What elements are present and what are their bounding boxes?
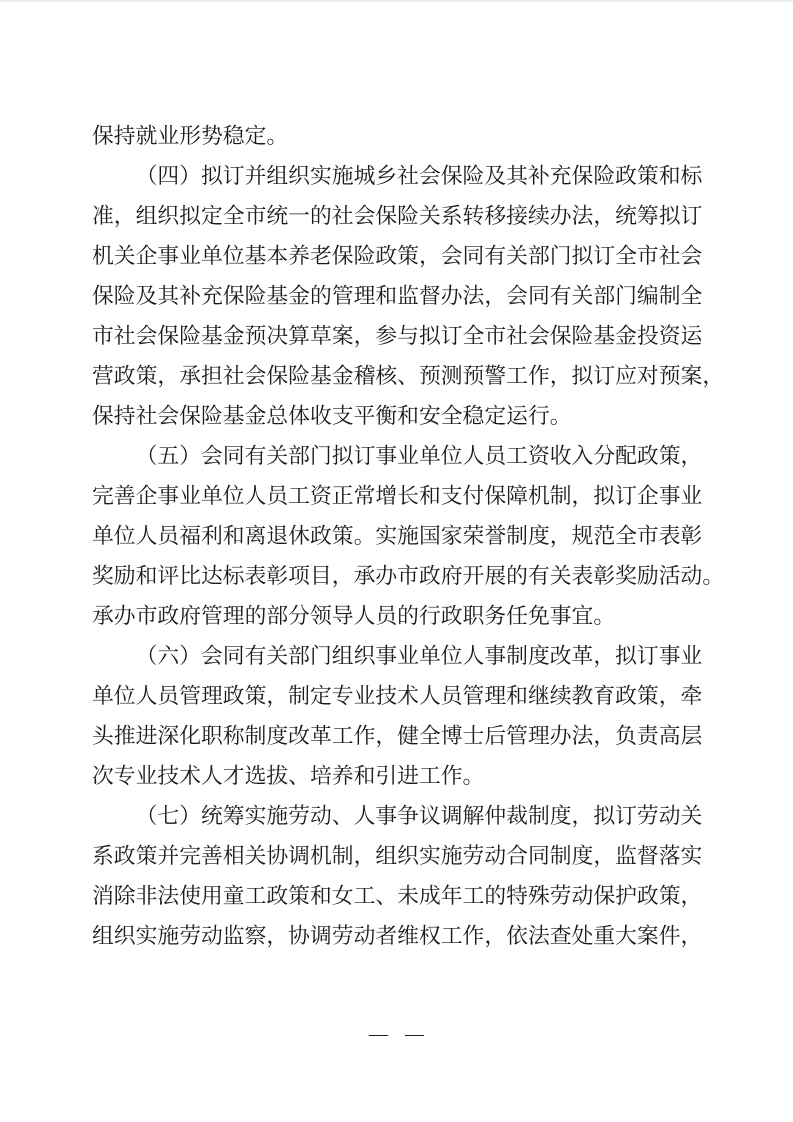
text-line: （四）拟订并组织实施城乡社会保险及其补充保险政策和标 xyxy=(92,156,708,196)
text-line: 系政策并完善相关协调机制，组织实施劳动合同制度，监督落实 xyxy=(92,836,708,876)
text-line: （六）会同有关部门组织事业单位人事制度改革，拟订事业 xyxy=(92,636,708,676)
paragraph: （五）会同有关部门拟订事业单位人员工资收入分配政策，完善企事业单位人员工资正常增… xyxy=(92,436,708,636)
text-line: 奖励和评比达标表彰项目，承办市政府开展的有关表彰奖励活动。 xyxy=(92,556,708,596)
text-line: 保险及其补充保险基金的管理和监督办法，会同有关部门编制全 xyxy=(92,276,708,316)
text-line: （七）统筹实施劳动、人事争议调解仲裁制度，拟订劳动关 xyxy=(92,796,708,836)
page-footer: — — xyxy=(0,1024,793,1046)
text-line: 准，组织拟定全市统一的社会保险关系转移接续办法，统筹拟订 xyxy=(92,196,708,236)
footer-dash-left: — xyxy=(369,1024,388,1046)
paragraph: （四）拟订并组织实施城乡社会保险及其补充保险政策和标准，组织拟定全市统一的社会保… xyxy=(92,156,708,436)
paragraph: （七）统筹实施劳动、人事争议调解仲裁制度，拟订劳动关系政策并完善相关协调机制，组… xyxy=(92,796,708,956)
footer-dash-right: — xyxy=(405,1024,424,1046)
text-line: 单位人员福利和离退休政策。实施国家荣誉制度，规范全市表彰 xyxy=(92,516,708,556)
text-line: 机关企事业单位基本养老保险政策，会同有关部门拟订全市社会 xyxy=(92,236,708,276)
paragraph: （六）会同有关部门组织事业单位人事制度改革，拟订事业单位人员管理政策，制定专业技… xyxy=(92,636,708,796)
scan-edge-artifact xyxy=(0,0,793,2)
document-body: 保持就业形势稳定。（四）拟订并组织实施城乡社会保险及其补充保险政策和标准，组织拟… xyxy=(92,116,708,956)
text-line: 单位人员管理政策，制定专业技术人员管理和继续教育政策，牵 xyxy=(92,676,708,716)
text-line: 消除非法使用童工政策和女工、未成年工的特殊劳动保护政策， xyxy=(92,876,708,916)
text-line: 承办市政府管理的部分领导人员的行政职务任免事宜。 xyxy=(92,596,708,636)
text-line: 次专业技术人才选拔、培养和引进工作。 xyxy=(92,756,708,796)
text-line: （五）会同有关部门拟订事业单位人员工资收入分配政策， xyxy=(92,436,708,476)
text-line: 头推进深化职称制度改革工作，健全博士后管理办法，负责高层 xyxy=(92,716,708,756)
text-line: 营政策，承担社会保险基金稽核、预测预警工作，拟订应对预案， xyxy=(92,356,708,396)
text-line: 保持就业形势稳定。 xyxy=(92,116,708,156)
document-page: 保持就业形势稳定。（四）拟订并组织实施城乡社会保险及其补充保险政策和标准，组织拟… xyxy=(0,0,793,1122)
text-line: 组织实施劳动监察，协调劳动者维权工作，依法查处重大案件， xyxy=(92,916,708,956)
paragraph: 保持就业形势稳定。 xyxy=(92,116,708,156)
text-line: 市社会保险基金预决算草案，参与拟订全市社会保险基金投资运 xyxy=(92,316,708,356)
text-line: 保持社会保险基金总体收支平衡和安全稳定运行。 xyxy=(92,396,708,436)
text-line: 完善企事业单位人员工资正常增长和支付保障机制，拟订企事业 xyxy=(92,476,708,516)
